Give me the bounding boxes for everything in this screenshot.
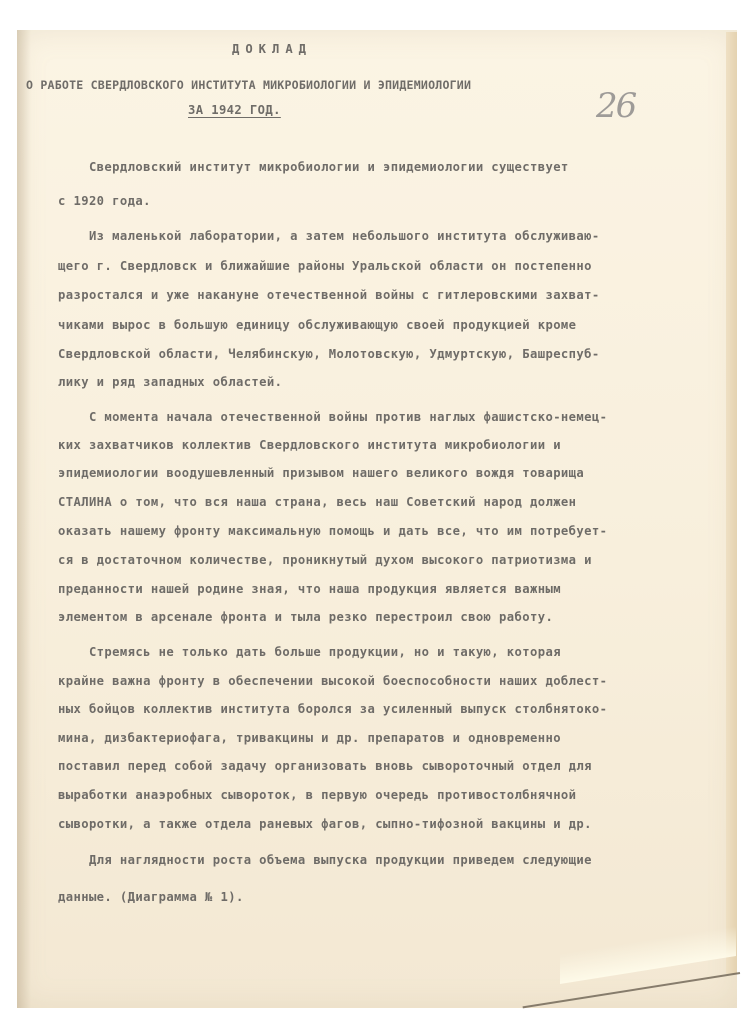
paragraph-2-line-6: лику и ряд западных областей. bbox=[58, 375, 282, 389]
paragraph-4-line-3: ных бойцов коллектив института боролся з… bbox=[58, 702, 607, 716]
paragraph-3-line-1: С момента начала отечественной войны про… bbox=[58, 410, 607, 424]
paragraph-4-line-4: мина, дизбактериофага, тривакцины и др. … bbox=[58, 731, 561, 745]
paragraph-3-line-6: ся в достаточном количестве, проникнутый… bbox=[58, 553, 592, 567]
document-title: ДОКЛАД bbox=[232, 42, 312, 56]
paragraph-2-line-3: разростался и уже накануне отечественной… bbox=[58, 288, 600, 302]
paragraph-3-line-3: эпидемиологии воодушевленный призывом на… bbox=[58, 466, 584, 480]
paragraph-4-line-1: Стремясь не только дать больше продукции… bbox=[58, 645, 561, 659]
paragraph-3-line-7: преданности нашей родине зная, что наша … bbox=[58, 582, 561, 596]
paragraph-2-line-5: Свердловской области, Челябинскую, Молот… bbox=[58, 347, 600, 361]
paragraph-4-line-5: поставил перед собой задачу организовать… bbox=[58, 759, 592, 773]
paragraph-2-line-4: чиками вырос в большую единицу обслужива… bbox=[58, 318, 576, 332]
paragraph-4-line-6: выработки анаэробных сывороток, в первую… bbox=[58, 788, 576, 802]
handwritten-page-number: 26 bbox=[596, 86, 635, 126]
document-subtitle: О РАБОТЕ СВЕРДЛОВСКОГО ИНСТИТУТА МИКРОБИ… bbox=[26, 78, 471, 92]
paragraph-3-line-8: элементом в арсенале фронта и тыла резко… bbox=[58, 610, 553, 624]
paragraph-5-line-1: Для наглядности роста объема выпуска про… bbox=[58, 853, 592, 867]
paragraph-1-line-1: Свердловский институт микробиологии и эп… bbox=[58, 160, 569, 174]
paragraph-3-line-5: оказать нашему фронту максимальную помощ… bbox=[58, 524, 607, 538]
paragraph-5-line-2: данные. (Диаграмма № 1). bbox=[58, 890, 244, 904]
page-edge bbox=[726, 32, 737, 974]
paragraph-2-line-1: Из маленькой лаборатории, а затем неболь… bbox=[58, 229, 600, 243]
paragraph-3-line-4: СТАЛИНА о том, что вся наша страна, весь… bbox=[58, 495, 576, 509]
paragraph-3-line-2: ких захватчиков коллектив Свердловского … bbox=[58, 438, 561, 452]
document-period: ЗА 1942 ГОД. bbox=[188, 103, 281, 117]
paragraph-4-line-2: крайне важна фронту в обеспечении высоко… bbox=[58, 674, 607, 688]
paragraph-2-line-2: щего г. Свердловск и ближайшие районы Ур… bbox=[58, 259, 592, 273]
paragraph-4-line-7: сыворотки, а также отдела раневых фагов,… bbox=[58, 817, 592, 831]
scanned-page: ДОКЛАД О РАБОТЕ СВЕРДЛОВСКОГО ИНСТИТУТА … bbox=[0, 0, 756, 1024]
paragraph-1-line-2: с 1920 года. bbox=[58, 194, 151, 208]
